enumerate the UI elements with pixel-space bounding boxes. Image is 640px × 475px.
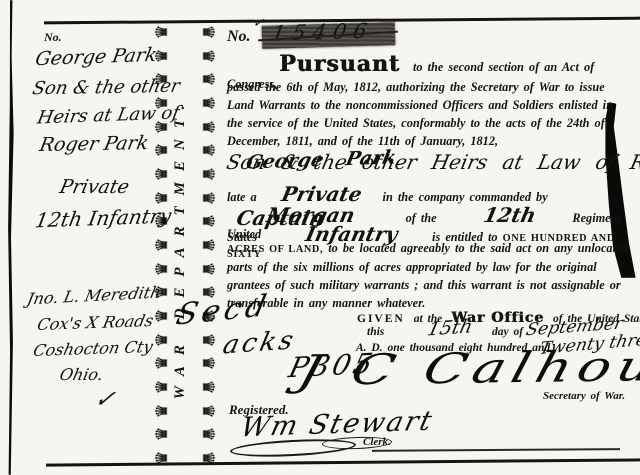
body-text: late a [227,190,257,204]
annotation-handwritten: acks [220,326,299,361]
border-ornament-icon: ♛ [200,356,216,370]
border-ornament-icon: ♛ [154,309,170,323]
warrant-no-label: No. [227,28,251,46]
border-ornament-icon: ♛ [154,451,170,465]
signature-underline [372,448,620,451]
border-ornament-icon: ♛ [200,451,216,465]
secretary-signature: J C Calhoun [294,341,640,395]
border-ornament-icon: ♛ [200,190,216,204]
border-ornament-icon: ♛ [154,332,170,346]
border-ornament-icon: ♛ [200,48,216,62]
margin-grantee-line: Son & the other [31,76,182,100]
secretary-title: Secretary of War. [543,390,625,402]
border-ornament-icon: ♛ [154,25,170,39]
border-ornament-icon: ♛ [200,380,216,394]
warrant-number-smudge: 15406 [262,22,396,49]
margin-address-line: Coshocton Cty [31,337,154,360]
pursuant-word: Pursuant [279,51,400,77]
border-ornament-icon: ♛ [200,167,216,181]
scan-edge-artifact [5,0,17,475]
border-ornament-icon: ♛ [200,427,216,441]
given-word: GIVEN [357,313,405,325]
ornament-border-right: ♛♛♛♛♛♛♛♛♛♛♛♛♛♛♛♛♛♛♛ [196,24,220,466]
body-text: in the company commanded by [383,190,548,204]
border-ornament-icon: ♛ [200,238,216,252]
border-ornament-icon: ♛ [200,214,216,228]
border-ornament-icon: ♛ [154,261,170,275]
border-ornament-icon: ♛ [200,72,216,86]
body-text: to be located agreeably to the said act … [328,241,627,255]
border-ornament-icon: ♛ [154,427,170,441]
margin-grantee-line: George Park [34,44,159,70]
border-ornament-icon: ♛ [200,25,216,39]
border-ornament-icon: ♛ [154,190,170,204]
border-ornament-icon: ♛ [154,238,170,252]
border-ornament-icon: ♛ [200,403,216,417]
margin-grantee-line: Roger Park [38,132,151,156]
body-line-12: grantees of such military warrants ; and… [227,278,640,293]
border-ornament-icon: ♛ [200,96,216,110]
border-ornament-icon: ♛ [200,143,216,157]
grantee-heirs-inline: Son & the other Heirs at Law of Roger Pa… [224,150,640,174]
body-line-10: ACRES OF LAND, to be located agreeably t… [227,241,640,256]
border-ornament-icon: ♛ [154,356,170,370]
border-ornament-icon: ♛ [200,119,216,133]
this-label: this [367,326,384,338]
body-line-3: Land Warrants to the noncommissioned Off… [227,98,640,113]
margin-address-line: Cox's X Roads [36,311,156,334]
border-ornament-icon: ♛ [154,167,170,181]
border-ornament-icon: ♛ [200,261,216,275]
body-text-caps: ACRES OF LAND, [227,244,323,255]
land-warrant-document: ♛♛♛♛♛♛♛♛♛♛♛♛♛♛♛♛♛♛♛ ♛♛♛♛♛♛♛♛♛♛♛♛♛♛♛♛♛♛♛ … [0,0,640,475]
margin-address-line: Ohio. [58,365,105,384]
margin-checkmark: ✓ [92,385,118,413]
margin-rank: Private [58,176,132,198]
clerk-label: Clerk. [363,436,391,448]
margin-no-label: No. [44,30,62,45]
body-line-2: passed the 6th of May, 1812, authorizing… [227,80,640,95]
body-text: December, 1811, and of the 11th of Janua… [227,134,498,148]
day-handwritten: 15th [425,315,475,340]
bottom-rule [46,458,640,466]
margin-address-line: Jno. L. Meredith [25,283,162,309]
border-ornament-icon: ♛ [154,143,170,157]
border-ornament-icon: ♛ [154,403,170,417]
margin-regiment: 12th Infantry [33,204,173,233]
day-of-label: day of [492,326,523,338]
border-ornament-icon: ♛ [154,380,170,394]
border-ornament-icon: ♛ [200,332,216,346]
body-line-4: the service of the United States, confor… [227,116,640,131]
body-line-11: parts of the six millions of acres appro… [227,260,640,275]
